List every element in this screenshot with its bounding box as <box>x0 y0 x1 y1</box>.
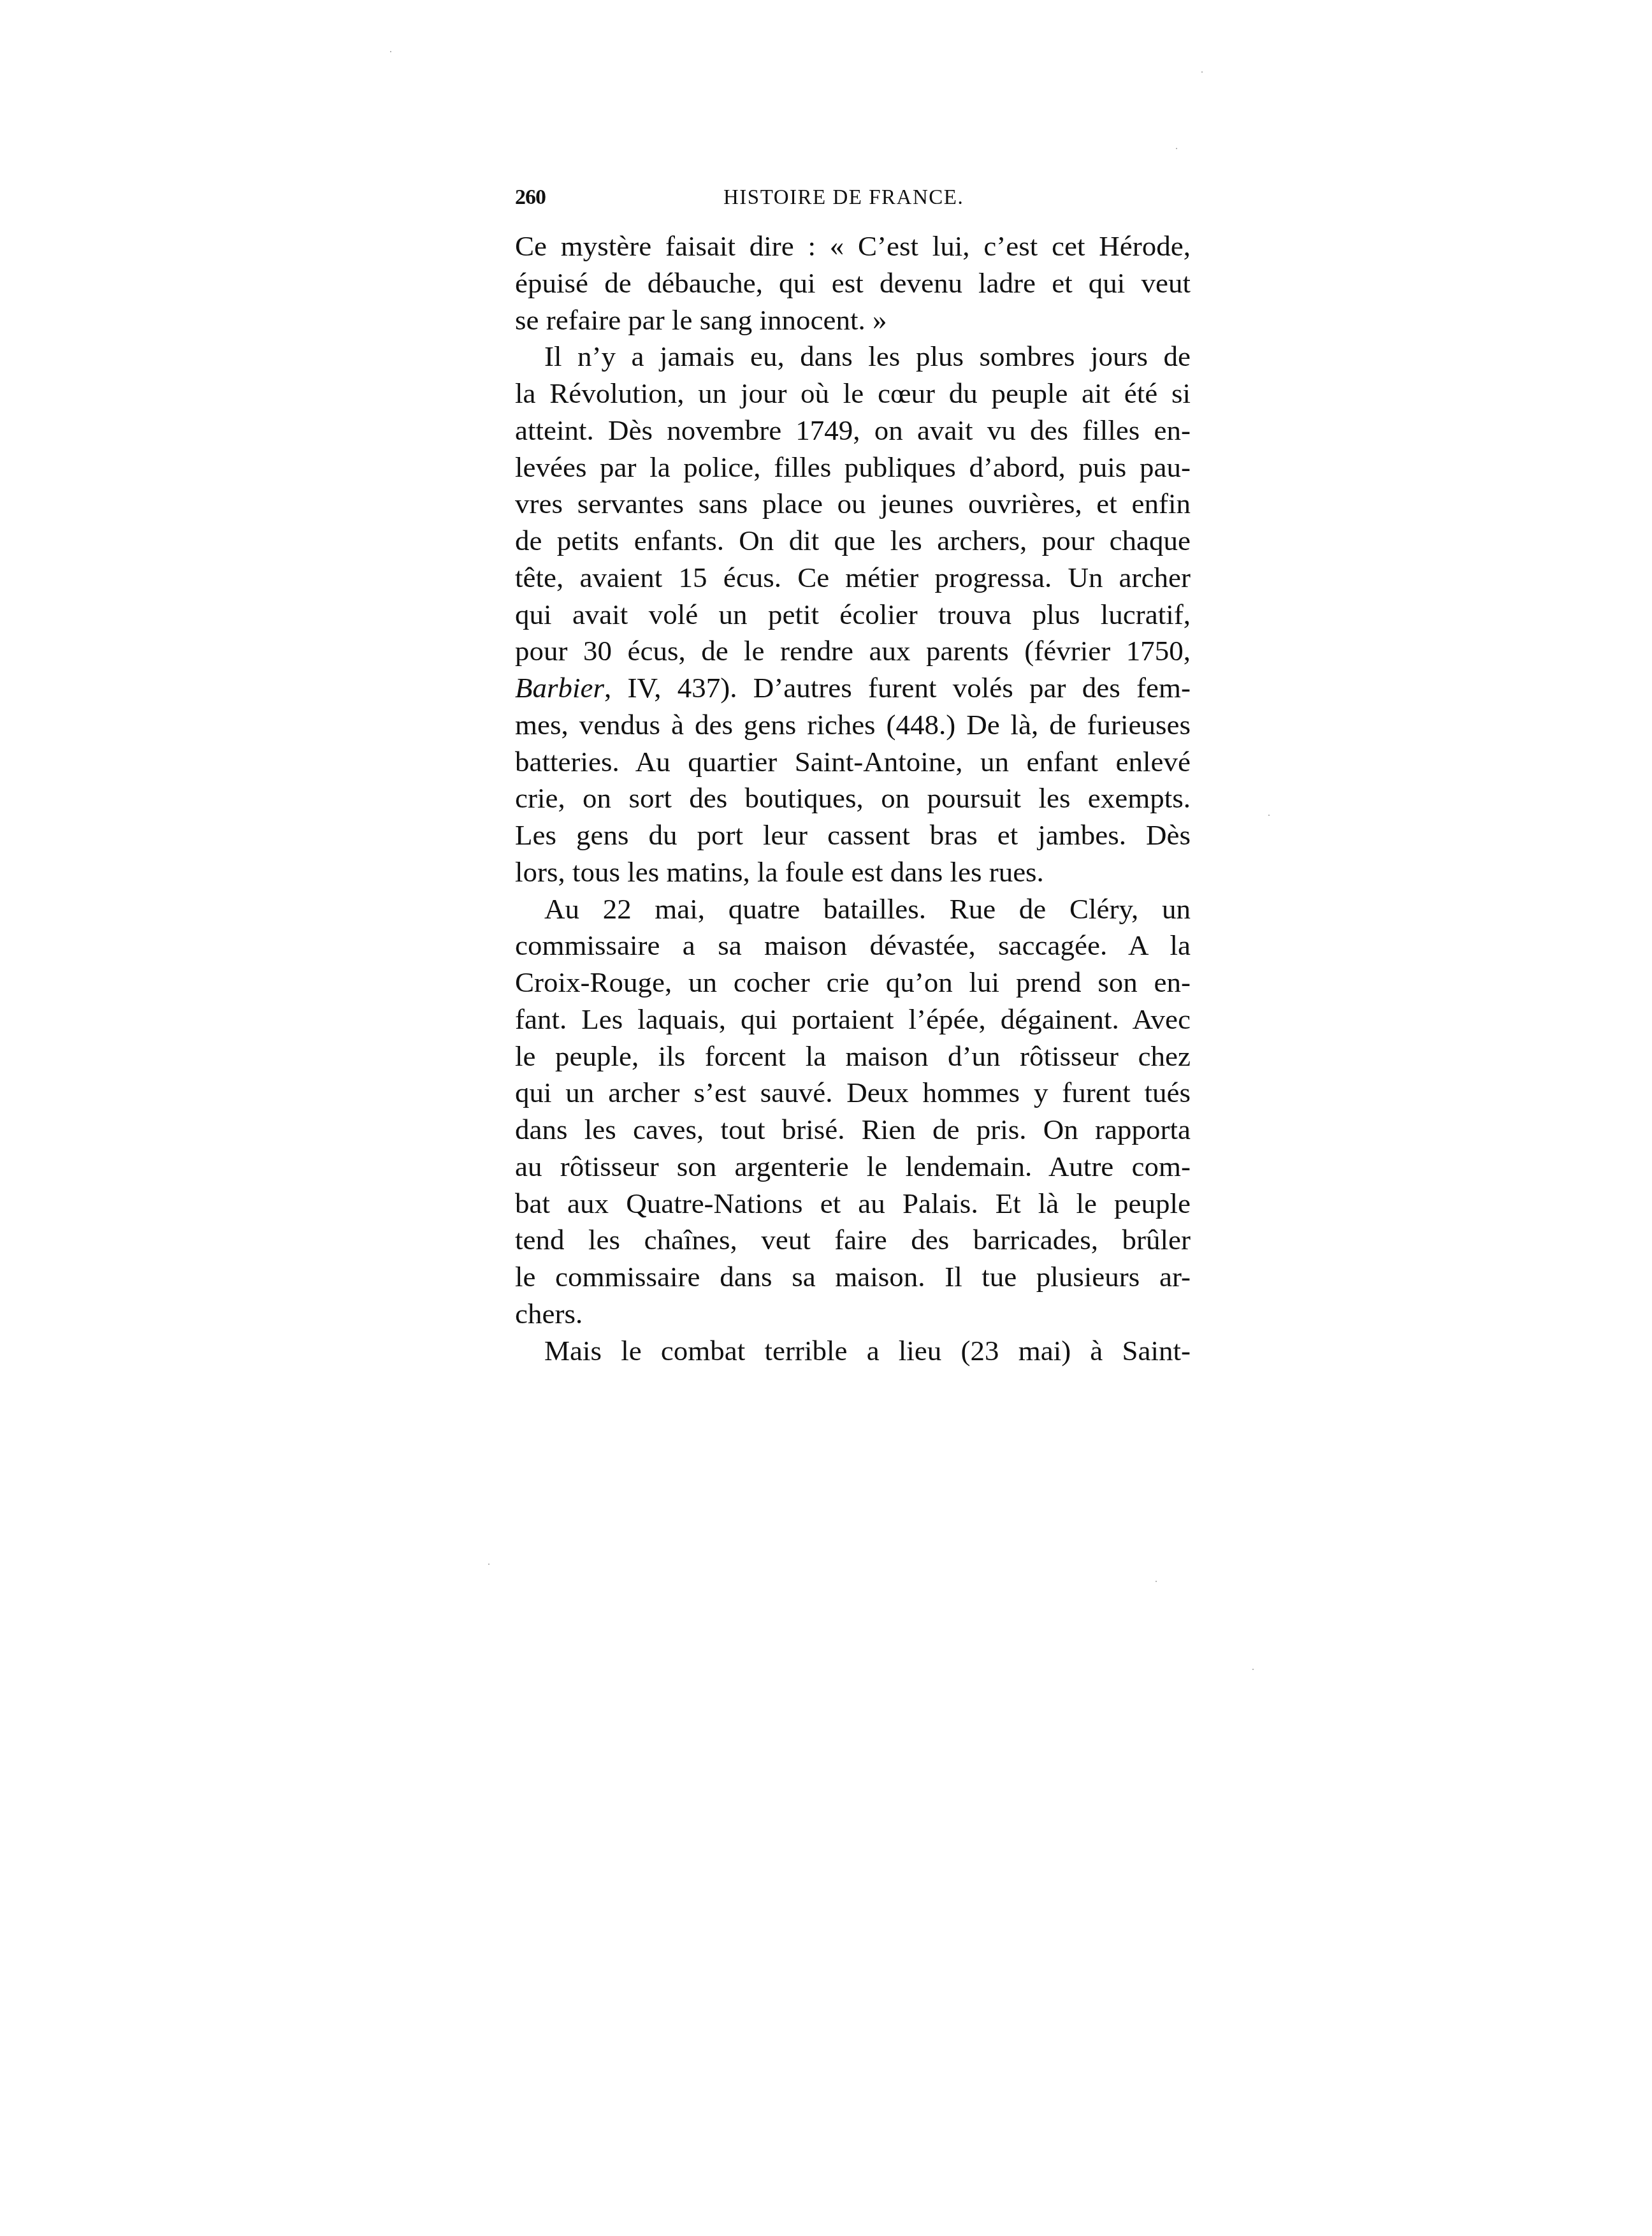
page-number: 260 <box>515 185 546 210</box>
paragraph: Mais le combat terrible a lieu (23 mai) … <box>515 1333 1191 1370</box>
text-line: vres servantes sans place ou jeunes ouvr… <box>515 486 1191 523</box>
paragraph: Ce mystère faisait dire : « C’est lui, c… <box>515 228 1191 338</box>
text-line: se refaire par le sang innocent. » <box>515 302 1191 339</box>
text-line: dans les caves, tout brisé. Rien de pris… <box>515 1112 1191 1149</box>
text-line: Barbier, IV, 437). D’autres furent volés… <box>515 670 1191 707</box>
scan-speck <box>390 51 391 52</box>
text-line: Il n’y a jamais eu, dans les plus sombre… <box>515 338 1191 375</box>
text-line: qui un archer s’est sauvé. Deux hommes y… <box>515 1075 1191 1112</box>
text-line: le commissaire dans sa maison. Il tue pl… <box>515 1259 1191 1296</box>
text-line: qui avait volé un petit écolier trouva p… <box>515 597 1191 634</box>
text-line: levées par la police, filles publiques d… <box>515 449 1191 486</box>
text-line: épuisé de débauche, qui est devenu ladre… <box>515 265 1191 302</box>
body-text: Ce mystère faisait dire : « C’est lui, c… <box>515 228 1191 1369</box>
scan-speck <box>488 1564 489 1565</box>
text-line: le peuple, ils forcent la maison d’un rô… <box>515 1038 1191 1075</box>
text-line: commissaire a sa maison dévastée, saccag… <box>515 927 1191 964</box>
scan-speck <box>1156 1581 1157 1582</box>
text-line: mes, vendus à des gens riches (448.) De … <box>515 707 1191 744</box>
text-line: Croix-Rouge, un cocher crie qu’on lui pr… <box>515 964 1191 1001</box>
running-title: HISTOIRE DE FRANCE. <box>723 185 964 210</box>
text-line: atteint. Dès novembre 1749, on avait vu … <box>515 412 1191 449</box>
text-line: chers. <box>515 1296 1191 1333</box>
text-line: la Révolution, un jour où le cœur du peu… <box>515 375 1191 412</box>
book-page: 260 HISTOIRE DE FRANCE. Ce mystère faisa… <box>0 0 1652 2236</box>
text-line: tend les chaînes, veut faire des barrica… <box>515 1222 1191 1259</box>
text-line: bat aux Quatre-Nations et au Palais. Et … <box>515 1186 1191 1223</box>
scan-speck <box>1176 148 1177 149</box>
text-line: tête, avaient 15 écus. Ce métier progres… <box>515 560 1191 597</box>
scan-speck <box>1252 1669 1254 1670</box>
running-head: 260 HISTOIRE DE FRANCE. <box>515 185 1191 210</box>
paragraph: Au 22 mai, quatre batailles. Rue de Clér… <box>515 891 1191 1333</box>
text-line: de petits enfants. On dit que les archer… <box>515 523 1191 560</box>
text-line: lors, tous les matins, la foule est dans… <box>515 854 1191 891</box>
text-line: Ce mystère faisait dire : « C’est lui, c… <box>515 228 1191 265</box>
text-line: crie, on sort des boutiques, on poursuit… <box>515 780 1191 817</box>
text-line: Au 22 mai, quatre batailles. Rue de Clér… <box>515 891 1191 928</box>
paragraph: Il n’y a jamais eu, dans les plus sombre… <box>515 338 1191 890</box>
text-line: batteries. Au quartier Saint-Antoine, un… <box>515 744 1191 781</box>
scan-speck <box>1268 815 1270 816</box>
text-line: Les gens du port leur cassent bras et ja… <box>515 817 1191 854</box>
text-line: Mais le combat terrible a lieu (23 mai) … <box>515 1333 1191 1370</box>
citation-author: Barbier <box>515 672 604 704</box>
text-line: fant. Les laquais, qui portaient l’épée,… <box>515 1001 1191 1038</box>
scan-speck <box>1201 71 1203 73</box>
text-line: au rôtisseur son argenterie le lendemain… <box>515 1149 1191 1186</box>
text-line: pour 30 écus, de le rendre aux parents (… <box>515 633 1191 670</box>
